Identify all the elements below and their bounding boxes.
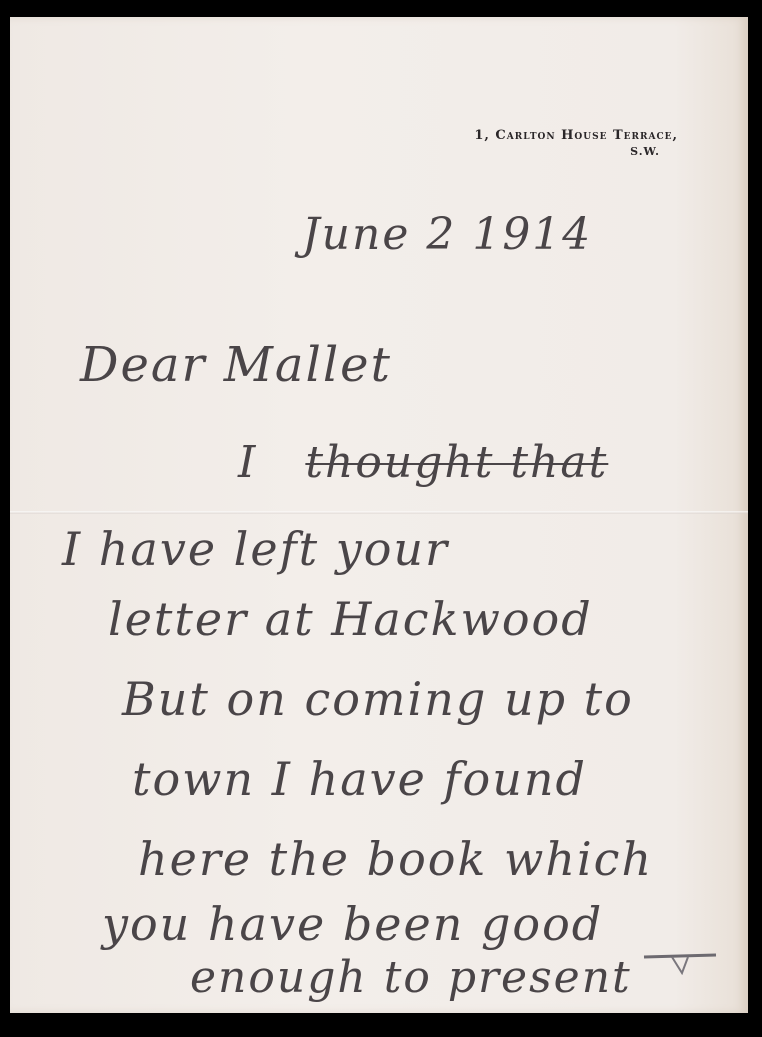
body-line-4: town I have found bbox=[132, 752, 587, 806]
letter-date: June 2 1914 bbox=[302, 209, 592, 260]
struck-through-line: I thought that bbox=[238, 437, 608, 488]
letter-salutation: Dear Mallet bbox=[80, 337, 392, 393]
struck-out-text: thought that bbox=[305, 437, 608, 488]
letterhead-address-line2: S.W. bbox=[398, 145, 678, 158]
continuation-mark-icon bbox=[642, 953, 718, 975]
struck-line-prefix: I bbox=[238, 437, 257, 488]
letterhead: 1, Carlton House Terrace, S.W. bbox=[398, 128, 678, 158]
body-line-1: I have left your bbox=[62, 522, 449, 576]
letter-paper: 1, Carlton House Terrace, S.W. June 2 19… bbox=[10, 17, 748, 1013]
body-line-7: enough to present bbox=[190, 952, 632, 1003]
body-line-5: here the book which bbox=[138, 832, 653, 886]
body-line-2: letter at Hackwood bbox=[108, 592, 593, 646]
paper-fold-crease bbox=[10, 511, 748, 514]
letterhead-address-line1: 1, Carlton House Terrace, bbox=[474, 128, 678, 143]
body-line-6: you have been good bbox=[102, 897, 603, 951]
body-line-3: But on coming up to bbox=[122, 672, 634, 726]
